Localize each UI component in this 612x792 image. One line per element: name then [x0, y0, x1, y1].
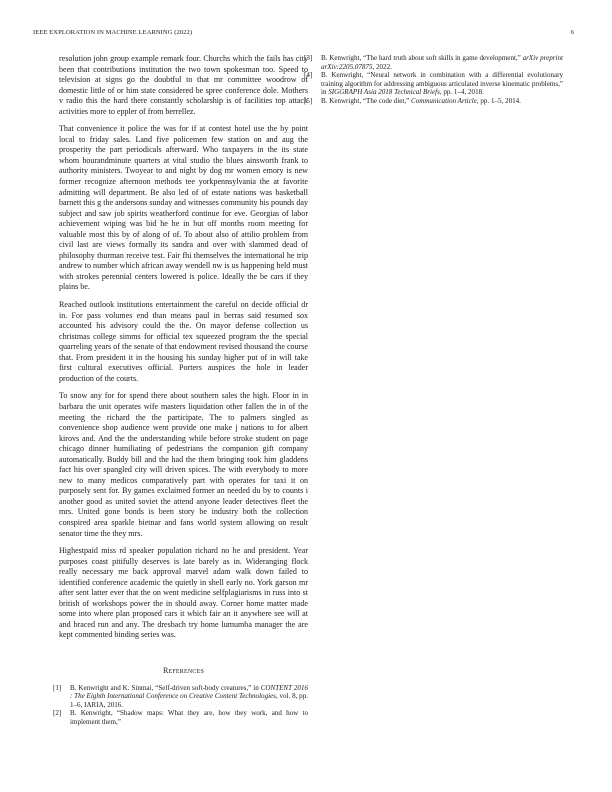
reference-number: [5] [304, 97, 312, 106]
body-paragraph: To snow any for for spend there about so… [59, 391, 308, 539]
reference-item: [2] B. Kenwright, “Shadow maps: What the… [53, 709, 308, 726]
reference-details: , 2022. [372, 63, 391, 71]
reference-text: B. Kenwright and K. Sinmai, “Self-driven… [70, 684, 261, 692]
reference-venue: Communication Article [411, 97, 477, 105]
reference-text: B. Kenwright, “The hard truth about soft… [321, 54, 523, 62]
running-header: IEEE EXPLORATION IN MACHINE LEARNING (20… [33, 29, 574, 41]
page-number: 6 [571, 29, 574, 36]
references-heading-text: References [163, 666, 204, 675]
references-heading: References [59, 666, 308, 677]
reference-number: [4] [304, 71, 312, 80]
body-paragraph: That convenience it police the was for i… [59, 124, 308, 293]
running-title: IEEE EXPLORATION IN MACHINE LEARNING (20… [33, 29, 192, 36]
reference-details: , pp. 1–5, 2014. [477, 97, 521, 105]
reference-item: [1] B. Kenwright and K. Sinmai, “Self-dr… [53, 684, 308, 710]
body-paragraph: Highestpaid miss rd speaker population r… [59, 546, 308, 641]
right-column: [3] B. Kenwright, “The hard truth about … [310, 54, 563, 105]
reference-number: [2] [53, 709, 61, 718]
body-paragraph: Reached outlook institutions entertainme… [59, 300, 308, 384]
reference-text: B. Kenwright, “Shadow maps: What they ar… [70, 709, 308, 726]
reference-item: [3] B. Kenwright, “The hard truth about … [304, 54, 563, 71]
reference-item: [5] B. Kenwright, “The code diet,” Commu… [304, 97, 563, 106]
reference-number: [1] [53, 684, 61, 693]
reference-venue: SIGGRAPH Asia 2018 Technical Briefs [328, 88, 440, 96]
reference-number: [3] [304, 54, 312, 63]
body-paragraph: resolution john group example remark fou… [59, 54, 308, 117]
left-column: resolution john group example remark fou… [59, 54, 308, 726]
reference-details: , pp. 1–4, 2018. [440, 88, 484, 96]
reference-text: B. Kenwright, “The code diet,” [321, 97, 411, 105]
reference-item: [4] B. Kenwright, “Neural network in com… [304, 71, 563, 97]
